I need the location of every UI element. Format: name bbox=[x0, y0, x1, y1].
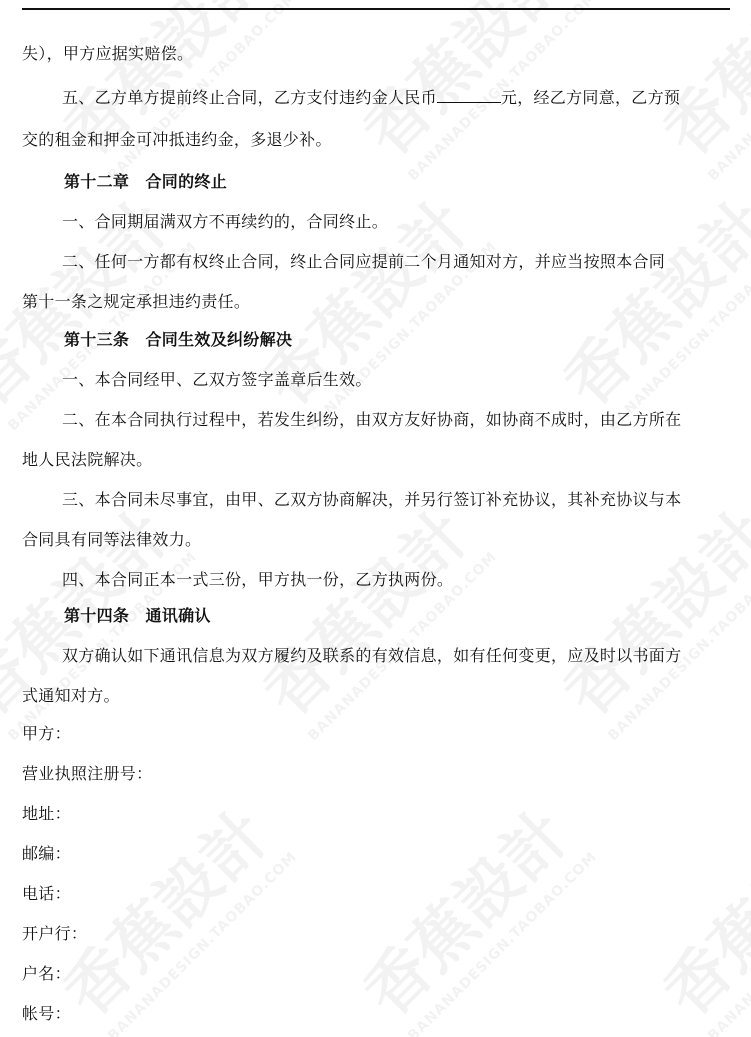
paragraph-line: 二、在本合同执行过程中，若发生纠纷，由双方友好协商，如协商不成时，由乙方所在 bbox=[62, 410, 681, 430]
paragraph-line: 地人民法院解决。 bbox=[22, 450, 152, 470]
section-heading: 第十四条 通讯确认 bbox=[64, 606, 211, 626]
paragraph-line: 合同具有同等法律效力。 bbox=[22, 530, 201, 550]
phone-label: 电话： bbox=[22, 884, 71, 904]
postcode-label: 邮编： bbox=[22, 844, 71, 864]
paragraph-line: 失），甲方应据实赔偿。 bbox=[22, 44, 193, 64]
paragraph-line: 四、本合同正本一式三份，甲方执一份，乙方执两份。 bbox=[62, 570, 453, 590]
license-number-label: 营业执照注册号： bbox=[22, 764, 152, 784]
account-name-label: 户名： bbox=[22, 964, 71, 984]
paragraph-line: 一、合同期届满双方不再续约的，合同终止。 bbox=[62, 212, 388, 232]
paragraph-line: 双方确认如下通讯信息为双方履约及联系的有效信息，如有任何变更，应及时以书面方 bbox=[62, 646, 681, 666]
amount-blank-field[interactable] bbox=[437, 88, 501, 103]
address-label: 地址： bbox=[22, 804, 71, 824]
clause-text: 元，经乙方同意，乙方预 bbox=[501, 88, 680, 107]
penalty-clause-line: 五、乙方单方提前终止合同，乙方支付违约金人民币元，经乙方同意，乙方预 bbox=[62, 88, 680, 108]
clause-text: 五、乙方单方提前终止合同，乙方支付违约金人民币 bbox=[62, 88, 437, 107]
watermark: 香蕉設計BANANADESIGN.TAOBAO.COM bbox=[340, 784, 600, 1037]
section-heading: 第十二章 合同的终止 bbox=[64, 172, 227, 192]
paragraph-line: 式通知对方。 bbox=[22, 686, 120, 706]
bank-label: 开户行： bbox=[22, 924, 87, 944]
account-number-label: 帐号： bbox=[22, 1004, 71, 1024]
watermark: 香蕉設計BANANADESIGN.TAOBAO.COM bbox=[40, 784, 300, 1037]
paragraph-line: 第十一条之规定承担违约责任。 bbox=[22, 292, 250, 312]
paragraph-line: 三、本合同未尽事宜，由甲、乙双方协商解决，并另行签订补充协议，其补充协议与本 bbox=[62, 490, 681, 510]
paragraph-line: 二、任何一方都有权终止合同，终止合同应提前二个月通知对方，并应当按照本合同 bbox=[62, 252, 665, 272]
party-a-label: 甲方： bbox=[22, 724, 71, 744]
watermark: 香蕉設計BANANADESIGN.TAOBAO.COM bbox=[640, 784, 751, 1037]
watermark: 香蕉設計BANANADESIGN.TAOBAO.COM bbox=[540, 484, 751, 744]
watermark: 香蕉設計BANANADESIGN.TAOBAO.COM bbox=[240, 484, 500, 744]
paragraph-line: 交的租金和押金可冲抵违约金，多退少补。 bbox=[22, 130, 332, 150]
header-rule bbox=[22, 8, 730, 10]
paragraph-line: 一、本合同经甲、乙双方签字盖章后生效。 bbox=[62, 370, 372, 390]
watermark: 香蕉設計BANANADESIGN.TAOBAO.COM bbox=[540, 174, 751, 434]
section-heading: 第十三条 合同生效及纠纷解决 bbox=[64, 330, 292, 350]
